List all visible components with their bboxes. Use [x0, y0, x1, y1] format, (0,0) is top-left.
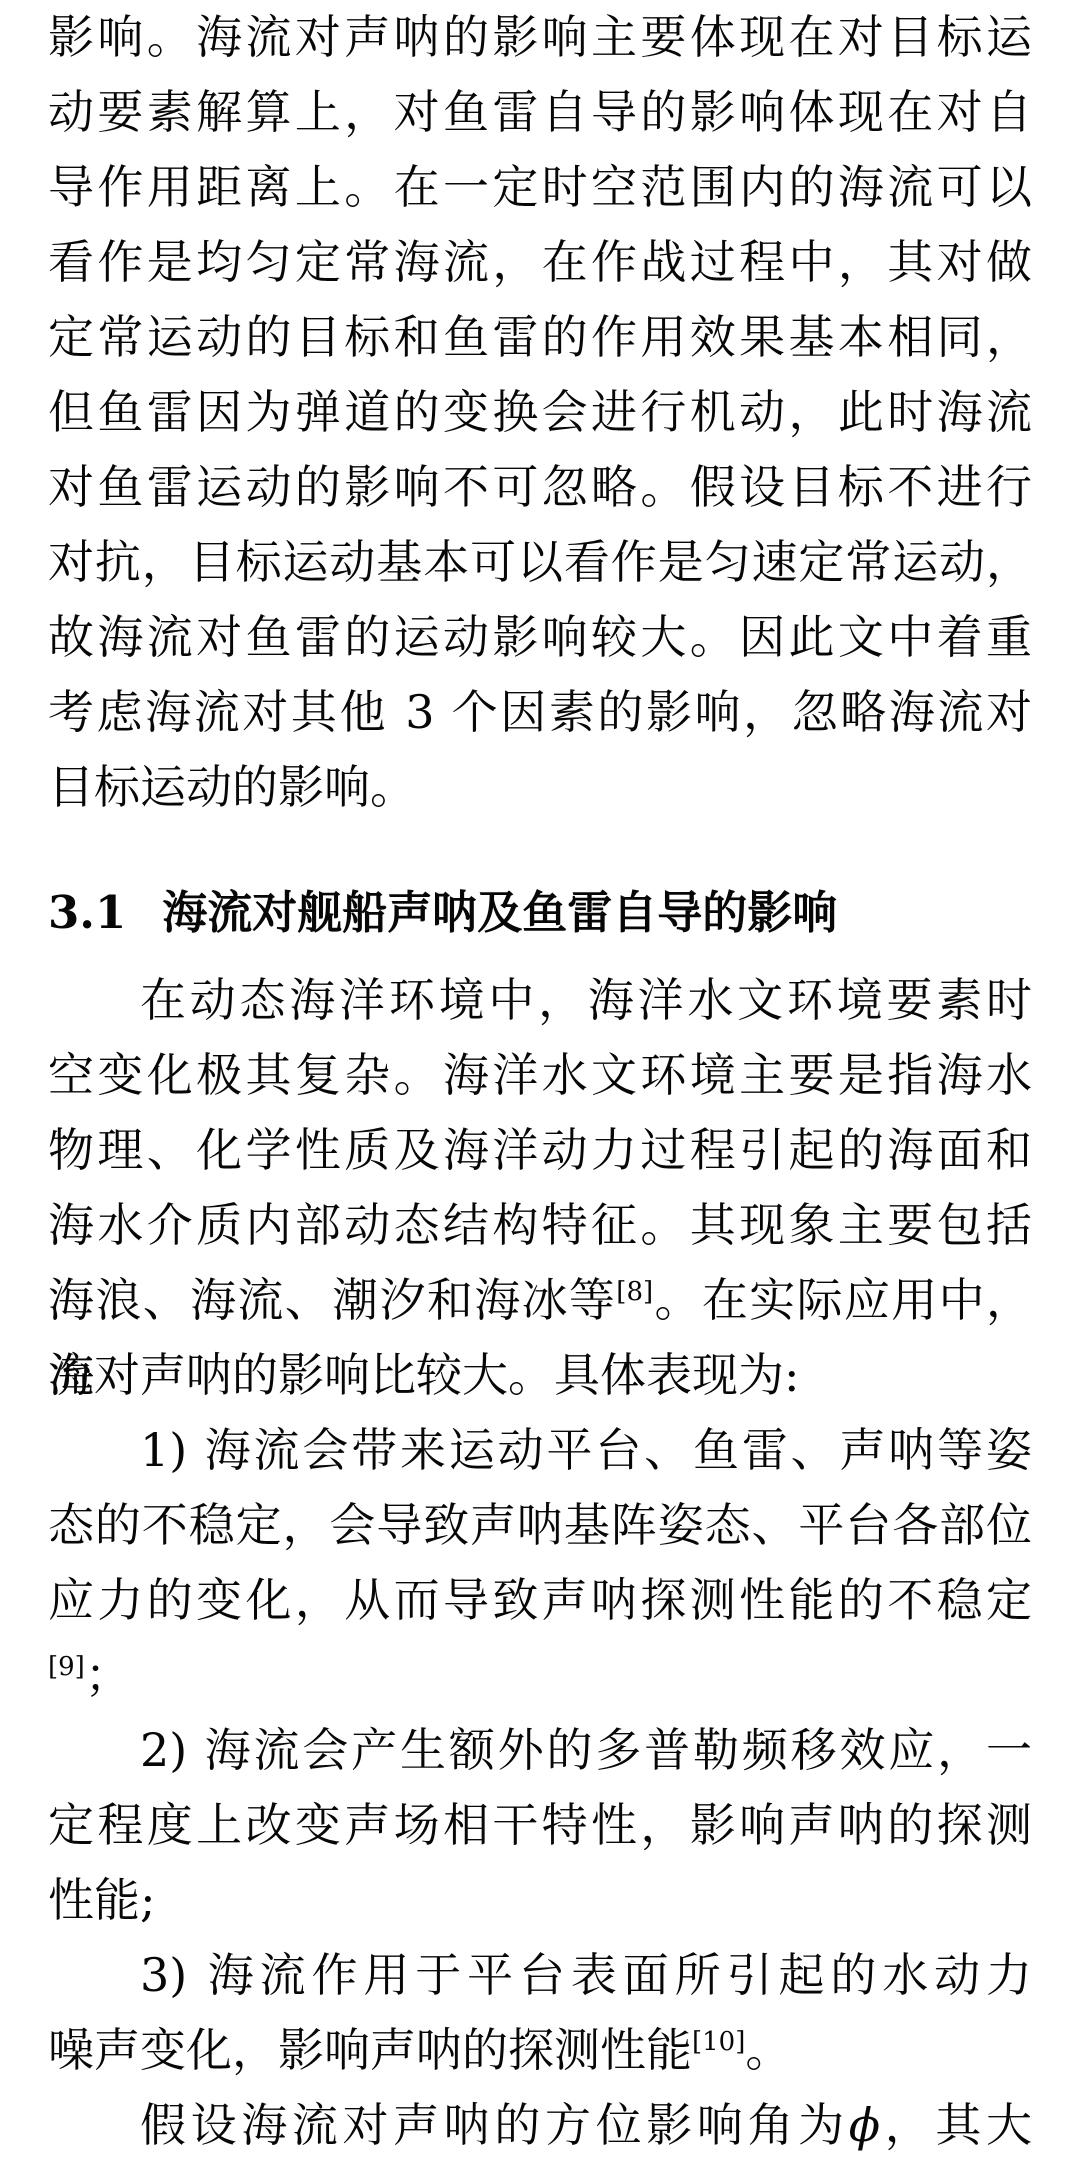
body-text: 。	[745, 2023, 791, 2077]
body-line: 影响。海流对声呐的影响主要体现在对目标运	[48, 0, 1032, 75]
list-item-1-line: [9]；	[48, 1638, 1032, 1713]
body-line: 海浪、海流、潮汐和海冰等[8]。在实际应用中，海	[48, 1263, 1032, 1338]
body-line: 但鱼雷因为弹道的变换会进行机动，此时海流	[48, 375, 1032, 450]
list-item-1-line: 态的不稳定，会导致声呐基阵姿态、平台各部位	[48, 1488, 1032, 1563]
body-line: 流对声呐的影响比较大。具体表现为:	[48, 1338, 1032, 1413]
body-line: 考虑海流对其他 3 个因素的影响，忽略海流对	[48, 675, 1032, 750]
body-text: 海浪、海流、潮汐和海冰等	[48, 1273, 616, 1327]
body-text: ；	[85, 1648, 131, 1702]
body-text: 假设海流对声呐的方位影响角为	[140, 2098, 849, 2152]
body-line: 导作用距离上。在一定时空范围内的海流可以	[48, 150, 1032, 225]
section-number: 3.1	[48, 875, 126, 950]
body-line: 目标运动的影响。	[48, 750, 1032, 825]
list-item-3-line: 噪声变化，影响声呐的探测性能[10]。	[48, 2013, 1032, 2088]
text-column: 影响。海流对声呐的影响主要体现在对目标运 动要素解算上，对鱼雷自导的影响体现在对…	[48, 0, 1032, 2160]
body-line: 在动态海洋环境中，海洋水文环境要素时	[48, 963, 1032, 1038]
body-line: 看作是均匀定常海流，在作战过程中，其对做	[48, 225, 1032, 300]
list-item-2-line: 定程度上改变声场相干特性，影响声呐的探测	[48, 1788, 1032, 1863]
body-line: 物理、化学性质及海洋动力过程引起的海面和	[48, 1113, 1032, 1188]
list-item-1-line: 应力的变化，从而导致声呐探测性能的不稳定	[48, 1563, 1032, 1638]
body-line: 定常运动的目标和鱼雷的作用效果基本相同，	[48, 300, 1032, 375]
body-line: 对抗，目标运动基本可以看作是匀速定常运动，	[48, 525, 1032, 600]
body-line: 海水介质内部动态结构特征。其现象主要包括	[48, 1188, 1032, 1263]
body-line: 动要素解算上，对鱼雷自导的影响体现在对自	[48, 75, 1032, 150]
list-item-3-line: 3) 海流作用于平台表面所引起的水动力	[48, 1938, 1032, 2013]
citation-ref-10: [10]	[692, 2027, 745, 2057]
list-item-2-line: 性能;	[48, 1863, 1032, 1938]
phi-symbol: ϕ	[849, 2098, 880, 2152]
list-item-2-line: 2) 海流会产生额外的多普勒频移效应，一	[48, 1713, 1032, 1788]
body-text: 噪声变化，影响声呐的探测性能	[48, 2023, 692, 2077]
section-heading: 3.1海流对舰船声呐及鱼雷自导的影响	[48, 875, 1032, 950]
list-item-1-line: 1) 海流会带来运动平台、鱼雷、声呐等姿	[48, 1413, 1032, 1488]
citation-ref-9: [9]	[48, 1652, 85, 1682]
body-text: ，其大	[880, 2098, 1032, 2152]
body-line: 假设海流对声呐的方位影响角为ϕ，其大	[48, 2088, 1032, 2160]
citation-ref-8: [8]	[616, 1277, 653, 1307]
body-line: 对鱼雷运动的影响不可忽略。假设目标不进行	[48, 450, 1032, 525]
section-title: 海流对舰船声呐及鱼雷自导的影响	[162, 886, 837, 939]
body-line: 空变化极其复杂。海洋水文环境主要是指海水	[48, 1038, 1032, 1113]
body-line: 故海流对鱼雷的运动影响较大。因此文中着重	[48, 600, 1032, 675]
paper-page: 影响。海流对声呐的影响主要体现在对目标运 动要素解算上，对鱼雷自导的影响体现在对…	[0, 0, 1080, 2160]
